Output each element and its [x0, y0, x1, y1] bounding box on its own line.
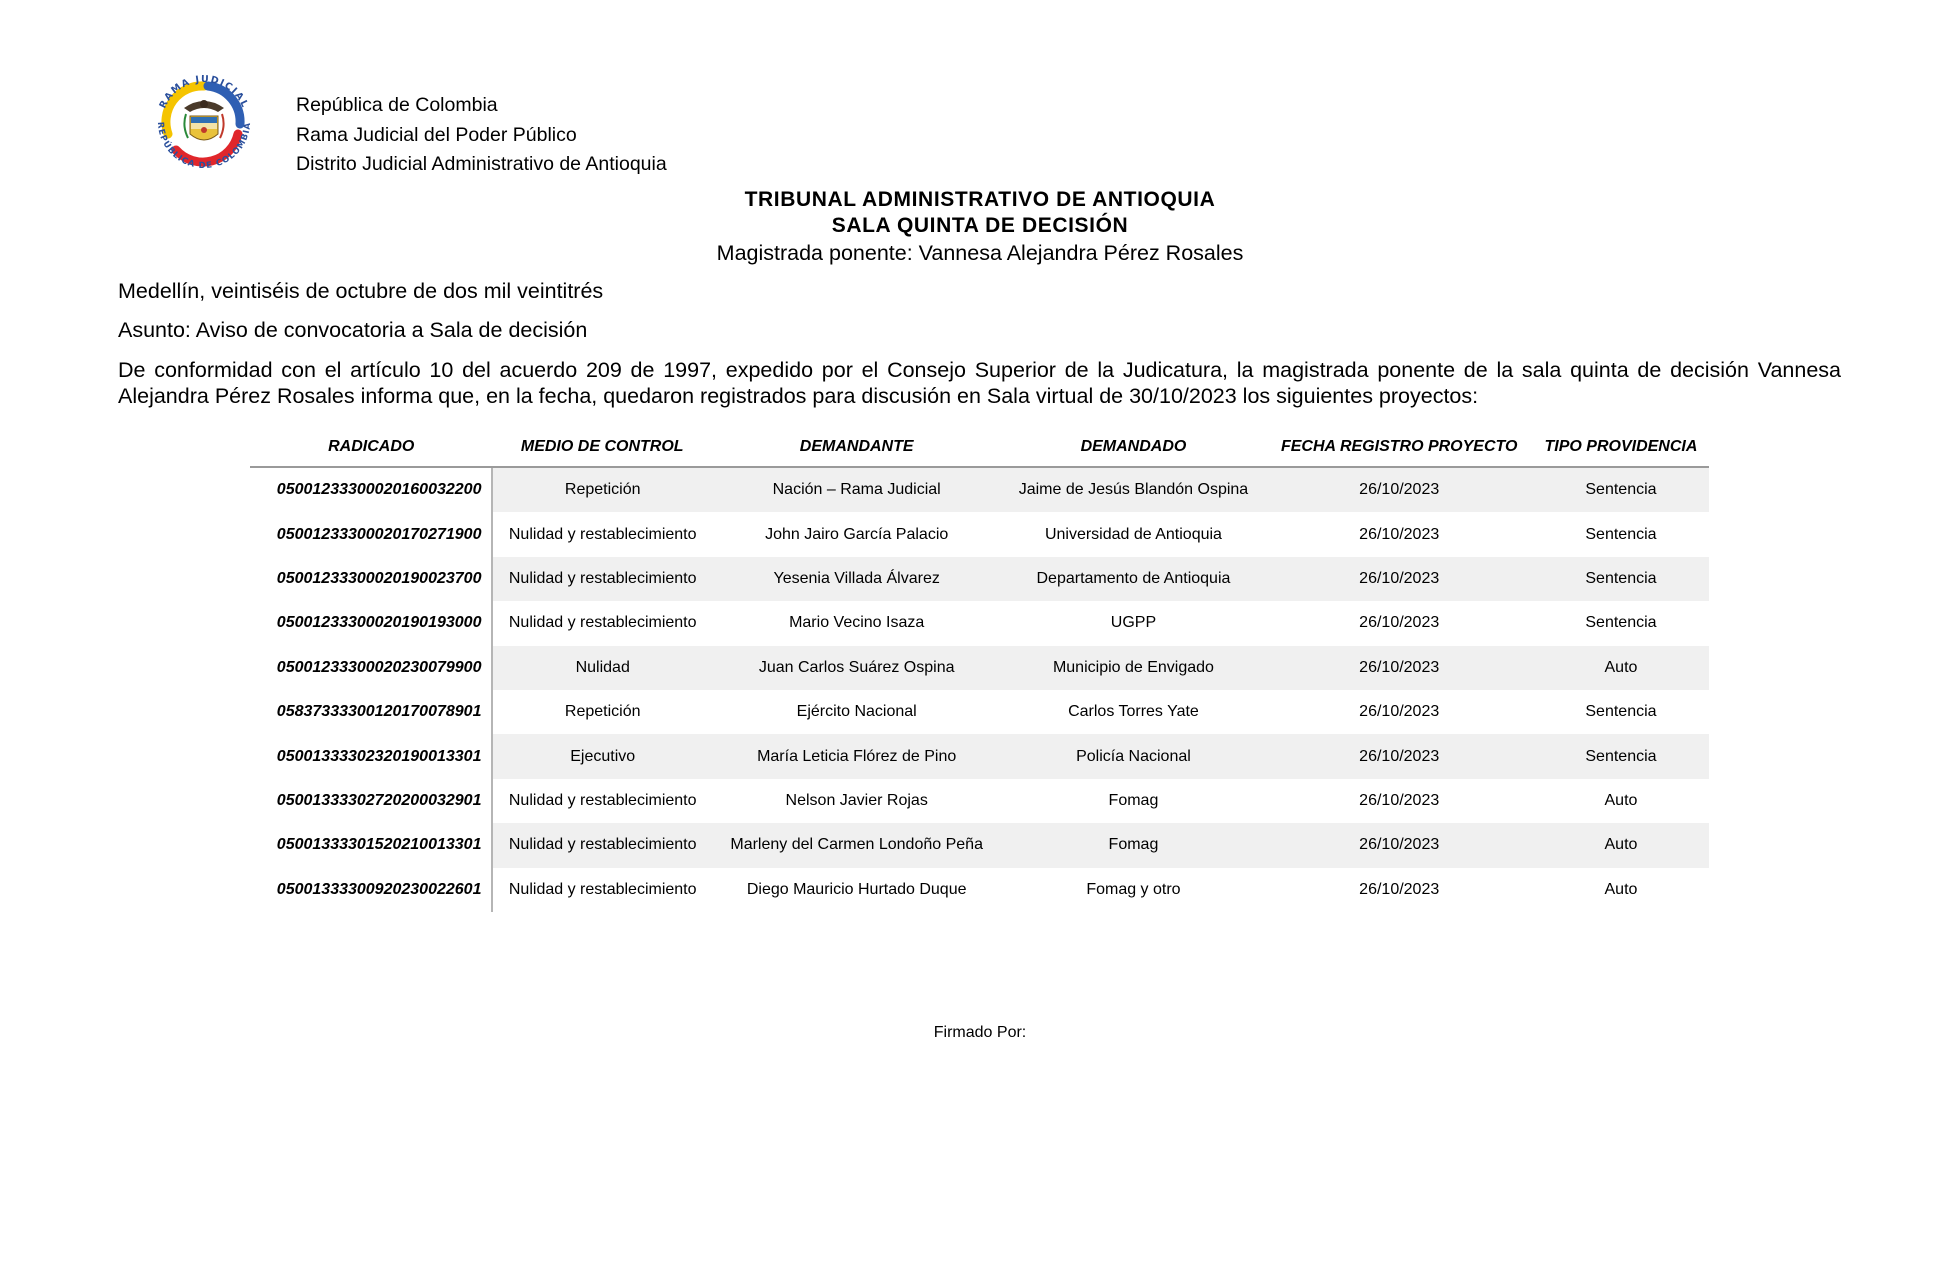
signed-by-label: Firmado Por: [0, 1024, 1951, 1042]
rama-judicial-seal-icon: RAMA JUDICIAL REPÚBLICA DE COLOMBIA [146, 64, 262, 176]
table-row: 05001233300020230079900NulidadJuan Carlo… [250, 646, 1709, 690]
tribunal-name: TRIBUNAL ADMINISTRATIVO DE ANTIOQUIA [0, 187, 1951, 213]
cell-demandado: Departamento de Antioquia [1001, 557, 1265, 601]
cell-fecha-registro: 26/10/2023 [1266, 823, 1533, 867]
cell-medio-de-control: Nulidad y restablecimiento [492, 512, 711, 556]
column-header-radicado: RADICADO [250, 428, 492, 467]
table-row: 05001233300020190023700Nulidad y restabl… [250, 557, 1709, 601]
cell-demandante: Mario Vecino Isaza [712, 601, 1001, 645]
cell-tipo-providencia: Sentencia [1533, 690, 1709, 734]
cell-demandado: Jaime de Jesús Blandón Ospina [1001, 467, 1265, 512]
cell-demandante: Juan Carlos Suárez Ospina [712, 646, 1001, 690]
cell-tipo-providencia: Sentencia [1533, 467, 1709, 512]
cell-demandante: Marleny del Carmen Londoño Peña [712, 823, 1001, 867]
column-header-demandante: DEMANDANTE [712, 428, 1001, 467]
cell-fecha-registro: 26/10/2023 [1266, 646, 1533, 690]
cell-medio-de-control: Nulidad y restablecimiento [492, 779, 711, 823]
notice-paragraph: De conformidad con el artículo 10 del ac… [118, 357, 1841, 409]
cell-fecha-registro: 26/10/2023 [1266, 467, 1533, 512]
cell-demandante: Nelson Javier Rojas [712, 779, 1001, 823]
cell-fecha-registro: 26/10/2023 [1266, 557, 1533, 601]
cell-tipo-providencia: Sentencia [1533, 601, 1709, 645]
cell-demandado: Carlos Torres Yate [1001, 690, 1265, 734]
cell-radicado: 05837333300120170078901 [250, 690, 492, 734]
cell-tipo-providencia: Auto [1533, 823, 1709, 867]
cell-medio-de-control: Nulidad y restablecimiento [492, 868, 711, 912]
table-row: 05001333301520210013301Nulidad y restabl… [250, 823, 1709, 867]
subject-line: Asunto: Aviso de convocatoria a Sala de … [118, 318, 587, 343]
column-header-tipo-providencia: TIPO PROVIDENCIA [1533, 428, 1709, 467]
cell-radicado: 05001233300020230079900 [250, 646, 492, 690]
table-row: 05001333300920230022601Nulidad y restabl… [250, 868, 1709, 912]
cell-fecha-registro: 26/10/2023 [1266, 601, 1533, 645]
cell-radicado: 05001333302320190013301 [250, 734, 492, 778]
cell-medio-de-control: Nulidad y restablecimiento [492, 601, 711, 645]
column-header-fecha-registro: FECHA REGISTRO PROYECTO [1266, 428, 1533, 467]
cell-demandante: Yesenia Villada Álvarez [712, 557, 1001, 601]
cell-medio-de-control: Ejecutivo [492, 734, 711, 778]
cell-radicado: 05001233300020190023700 [250, 557, 492, 601]
cell-medio-de-control: Repetición [492, 467, 711, 512]
cell-demandado: Universidad de Antioquia [1001, 512, 1265, 556]
cell-radicado: 05001333301520210013301 [250, 823, 492, 867]
cell-radicado: 05001233300020190193000 [250, 601, 492, 645]
magistrate-line: Magistrada ponente: Vannesa Alejandra Pé… [0, 239, 1951, 267]
cell-demandado: Fomag [1001, 823, 1265, 867]
cell-fecha-registro: 26/10/2023 [1266, 779, 1533, 823]
table-row: 05001233300020160032200RepeticiónNación … [250, 467, 1709, 512]
table-row: 05001233300020170271900Nulidad y restabl… [250, 512, 1709, 556]
column-header-medio-de-control: MEDIO DE CONTROL [492, 428, 711, 467]
cell-demandado: UGPP [1001, 601, 1265, 645]
table-header-row: RADICADOMEDIO DE CONTROLDEMANDANTEDEMAND… [250, 428, 1709, 467]
cell-radicado: 05001333300920230022601 [250, 868, 492, 912]
chamber-name: SALA QUINTA DE DECISIÓN [0, 213, 1951, 239]
cell-medio-de-control: Nulidad y restablecimiento [492, 823, 711, 867]
cell-tipo-providencia: Auto [1533, 646, 1709, 690]
org-line-branch: Rama Judicial del Poder Público [296, 121, 667, 151]
cell-fecha-registro: 26/10/2023 [1266, 868, 1533, 912]
cell-medio-de-control: Nulidad [492, 646, 711, 690]
cell-fecha-registro: 26/10/2023 [1266, 734, 1533, 778]
table-row: 05837333300120170078901RepeticiónEjércit… [250, 690, 1709, 734]
cell-tipo-providencia: Auto [1533, 779, 1709, 823]
cell-medio-de-control: Repetición [492, 690, 711, 734]
cell-demandado: Municipio de Envigado [1001, 646, 1265, 690]
cell-fecha-registro: 26/10/2023 [1266, 512, 1533, 556]
cell-tipo-providencia: Sentencia [1533, 557, 1709, 601]
cell-demandante: John Jairo García Palacio [712, 512, 1001, 556]
organization-header: República de Colombia Rama Judicial del … [296, 91, 667, 180]
cell-tipo-providencia: Sentencia [1533, 734, 1709, 778]
cell-demandante: Ejército Nacional [712, 690, 1001, 734]
place-date: Medellín, veintiséis de octubre de dos m… [118, 279, 603, 304]
cell-demandante: Nación – Rama Judicial [712, 467, 1001, 512]
table-row: 05001333302720200032901Nulidad y restabl… [250, 779, 1709, 823]
table-row: 05001233300020190193000Nulidad y restabl… [250, 601, 1709, 645]
document-title: TRIBUNAL ADMINISTRATIVO DE ANTIOQUIA SAL… [0, 187, 1951, 267]
table-row: 05001333302320190013301EjecutivoMaría Le… [250, 734, 1709, 778]
cell-radicado: 05001333302720200032901 [250, 779, 492, 823]
column-header-demandado: DEMANDADO [1001, 428, 1265, 467]
org-line-district: Distrito Judicial Administrativo de Anti… [296, 150, 667, 180]
cell-radicado: 05001233300020160032200 [250, 467, 492, 512]
cell-tipo-providencia: Auto [1533, 868, 1709, 912]
cell-demandante: Diego Mauricio Hurtado Duque [712, 868, 1001, 912]
cell-radicado: 05001233300020170271900 [250, 512, 492, 556]
org-line-country: República de Colombia [296, 91, 667, 121]
cell-demandante: María Leticia Flórez de Pino [712, 734, 1001, 778]
cell-fecha-registro: 26/10/2023 [1266, 690, 1533, 734]
cell-demandado: Fomag [1001, 779, 1265, 823]
cell-demandado: Policía Nacional [1001, 734, 1265, 778]
projects-table: RADICADOMEDIO DE CONTROLDEMANDANTEDEMAND… [250, 428, 1709, 912]
cell-tipo-providencia: Sentencia [1533, 512, 1709, 556]
cell-demandado: Fomag y otro [1001, 868, 1265, 912]
cell-medio-de-control: Nulidad y restablecimiento [492, 557, 711, 601]
